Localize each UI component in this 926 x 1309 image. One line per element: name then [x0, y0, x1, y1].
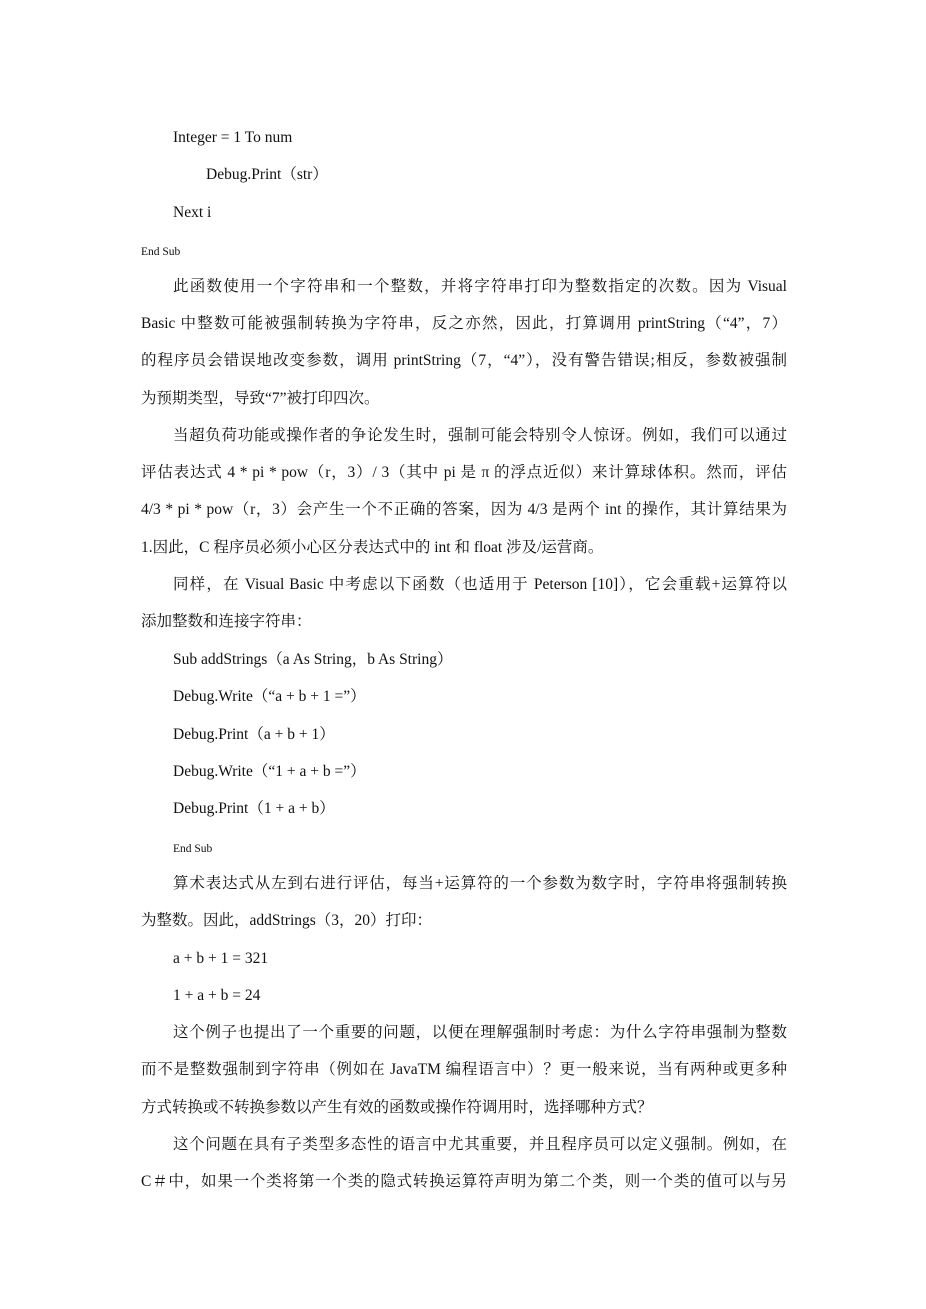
- output-line: a + b + 1 = 321: [173, 949, 268, 969]
- code-line: Debug.Print（1 + a + b）: [173, 799, 335, 819]
- code-line: Debug.Write（“a + b + 1 =”）: [173, 687, 366, 707]
- paragraph-line: 方式转换或不转换参数以产生有效的函数或操作符调用时，选择哪种方式？: [141, 1098, 653, 1118]
- paragraph-line: 算术表达式从左到右进行评估，每当+运算符的一个参数为数字时，字符串将强制转换: [173, 874, 787, 894]
- paragraph-line: 为预期类型，导致“7”被打印四次。: [141, 389, 380, 409]
- paragraph-line: 当超负荷功能或操作者的争论发生时，强制可能会特别令人惊讶。例如，我们可以通过: [173, 426, 787, 446]
- paragraph-line: 1.因此，C 程序员必须小心区分表达式中的 int 和 float 涉及/运营商…: [141, 538, 603, 558]
- code-line: Debug.Write（“1 + a + b =”）: [173, 762, 366, 782]
- paragraph-line: 的程序员会错误地改变参数，调用 printString（7，“4”），没有警告错…: [141, 351, 787, 371]
- paragraph-line: 4/3 * pi * pow（r，3）会产生一个不正确的答案，因为 4/3 是两…: [141, 500, 787, 520]
- code-line: Next i: [173, 203, 211, 223]
- paragraph-line: 这个例子也提出了一个重要的问题，以便在理解强制时考虑：为什么字符串强制为整数: [173, 1023, 787, 1043]
- code-end-sub: End Sub: [173, 839, 212, 859]
- paragraph-line: 这个问题在具有子类型多态性的语言中尤其重要，并且程序员可以定义强制。例如，在: [173, 1135, 787, 1155]
- code-line: Debug.Print（str）: [206, 165, 328, 185]
- paragraph-line: 评估表达式 4 * pi * pow（r，3）/ 3（其中 pi 是 π 的浮点…: [141, 463, 787, 483]
- output-line: 1 + a + b = 24: [173, 986, 260, 1006]
- paragraph-line: C＃中，如果一个类将第一个类的隐式转换运算符声明为第二个类，则一个类的值可以与另: [141, 1172, 787, 1192]
- paragraph-line: Basic 中整数可能被强制转换为字符串，反之亦然，因此，打算调用 printS…: [141, 314, 787, 334]
- code-line: Integer = 1 To num: [173, 128, 292, 148]
- paragraph-line: 此函数使用一个字符串和一个整数，并将字符串打印为整数指定的次数。因为 Visua…: [173, 277, 787, 297]
- code-line: Debug.Print（a + b + 1）: [173, 725, 335, 745]
- paragraph-line: 添加整数和连接字符串：: [141, 612, 312, 632]
- code-end-sub: End Sub: [141, 242, 180, 262]
- paragraph-line: 为整数。因此，addStrings（3，20）打印：: [141, 911, 432, 931]
- paragraph-line: 同样，在 Visual Basic 中考虑以下函数（也适用于 Peterson …: [173, 575, 787, 595]
- document-page: Integer = 1 To num Debug.Print（str） Next…: [0, 0, 926, 1309]
- paragraph-line: 而不是整数强制到字符串（例如在 JavaTM 编程语言中）？更一般来说，当有两种…: [141, 1060, 787, 1080]
- code-line: Sub addStrings（a As String，b As String）: [173, 650, 452, 670]
